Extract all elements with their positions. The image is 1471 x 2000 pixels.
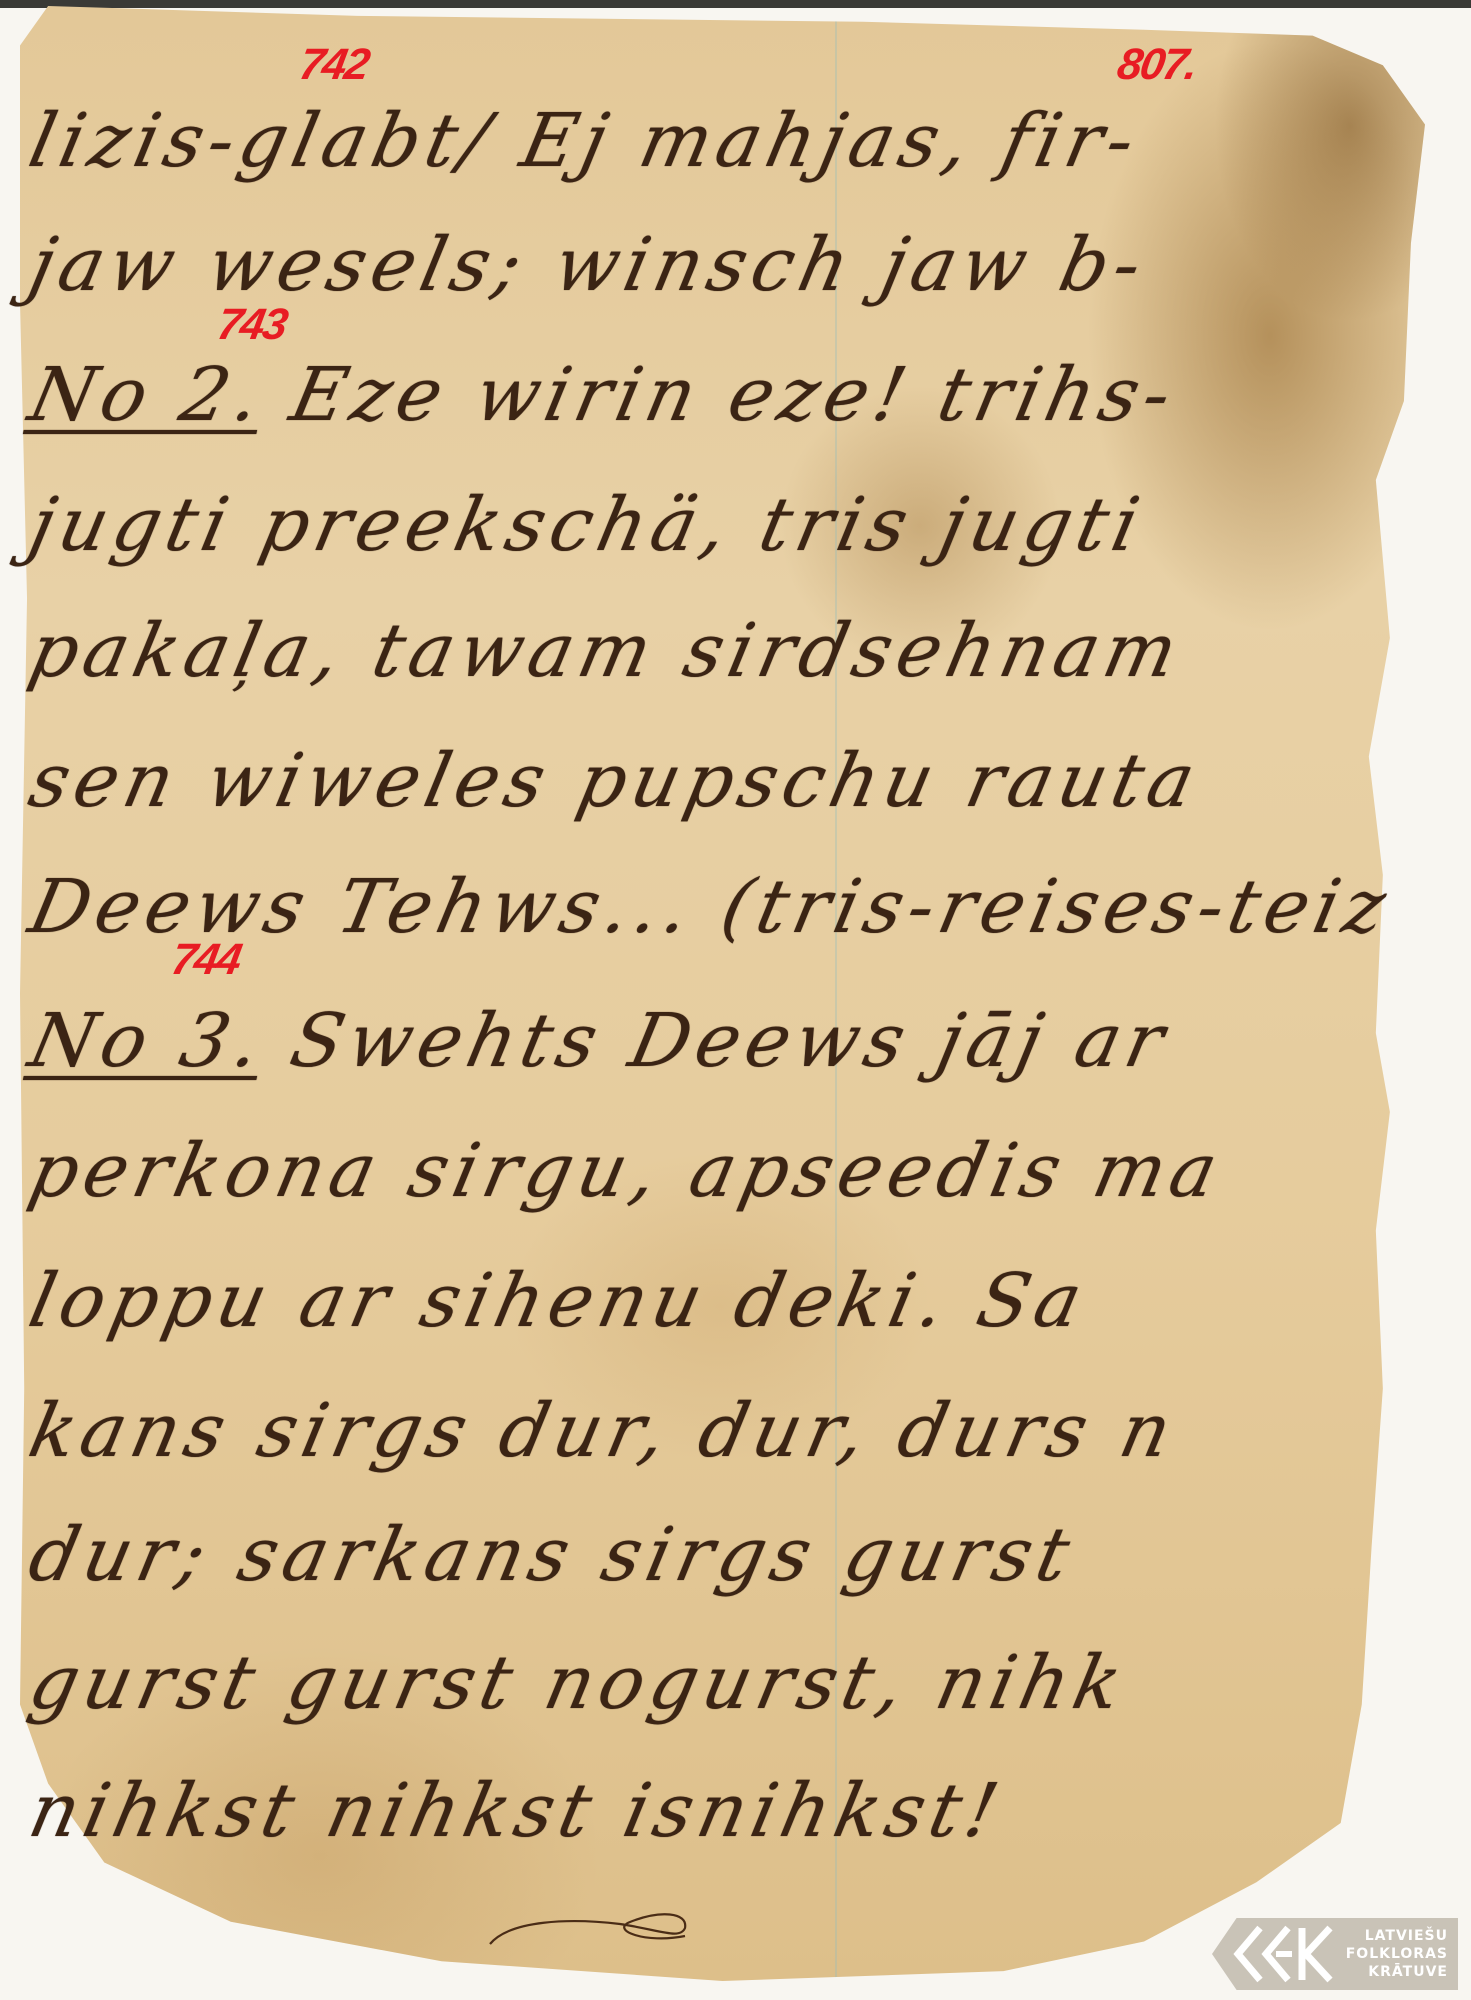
logo-line-2: FOLKLORAS — [1342, 1945, 1448, 1963]
text-line-1: lizis-glabt/ Ej mahjas, fir- — [22, 98, 1148, 184]
entry-2-text: Eze wirin eze! trihs- — [283, 352, 1184, 438]
text-line-7: Deews Tehws... (tris-reises-teiz — [22, 864, 1399, 950]
archive-number-807: 807. — [1114, 40, 1200, 90]
text-line-4: jugti preekschä, tris jugti — [22, 482, 1152, 568]
text-line-5: pakaļa, tawam sirdsehnam — [22, 608, 1190, 694]
logo-wordmark: LATVIEŠU FOLKLORAS KRĀTUVE — [1342, 1927, 1458, 1981]
text-line-8: No 3.Swehts Deews jāj ar — [22, 998, 1177, 1084]
lfk-archive-logo: LATVIEŠU FOLKLORAS KRĀTUVE — [1212, 1918, 1458, 1990]
logo-line-3: KRĀTUVE — [1342, 1963, 1448, 1981]
text-line-6: sen wiweles pupschu rauta — [22, 738, 1208, 824]
text-line-3: No 2.Eze wirin eze! trihs- — [22, 352, 1185, 438]
archive-number-742: 742 — [296, 40, 372, 90]
text-line-14: nihkst nihkst isnihkst! — [22, 1768, 1011, 1854]
entry-number-2: No 2. — [22, 352, 274, 438]
lfk-chevron-mark-icon — [1230, 1922, 1342, 1986]
closing-flourish — [480, 1900, 700, 1950]
logo-line-1: LATVIEŠU — [1342, 1927, 1448, 1945]
text-line-12: dur; sarkans sirgs gurst — [22, 1512, 1083, 1598]
text-line-2: jaw wesels; winsch jaw b- — [22, 222, 1155, 308]
entry-number-3: No 3. — [22, 998, 274, 1084]
text-line-13: gurst gurst nogurst, nihk — [22, 1640, 1135, 1726]
scanned-page: 742 807. 743 744 lizis-glabt/ Ej mahjas,… — [0, 0, 1471, 2000]
manuscript-text: 742 807. 743 744 lizis-glabt/ Ej mahjas,… — [0, 0, 1471, 2000]
logo-badge: LATVIEŠU FOLKLORAS KRĀTUVE — [1212, 1918, 1458, 1990]
text-line-9: perkona sirgu, apseedis ma — [22, 1128, 1230, 1214]
text-line-10: loppu ar sihenu deki. Sa — [22, 1258, 1095, 1344]
text-line-11: kans sirgs dur, dur, durs n — [22, 1388, 1184, 1474]
entry-3-text: Swehts Deews jāj ar — [283, 998, 1177, 1084]
